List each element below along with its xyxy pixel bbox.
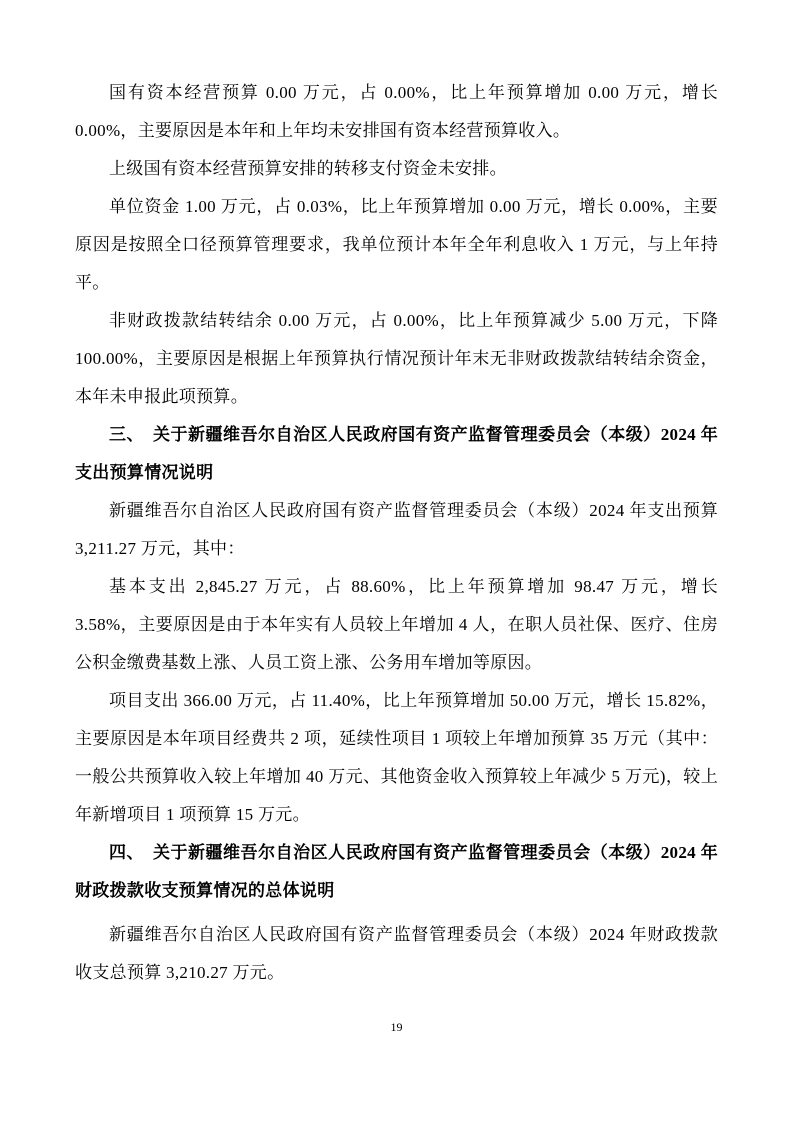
section-heading-3: 三、 关于新疆维吾尔自治区人民政府国有资产监督管理委员会（本级）2024 年支出… [75,416,718,492]
document-page: 国有资本经营预算 0.00 万元，占 0.00%，比上年预算增加 0.00 万元… [0,0,793,1122]
page-number: 19 [0,1020,793,1035]
paragraph: 国有资本经营预算 0.00 万元，占 0.00%，比上年预算增加 0.00 万元… [75,74,718,150]
paragraph: 新疆维吾尔自治区人民政府国有资产监督管理委员会（本级）2024 年财政拨款收支总… [75,916,718,992]
paragraph: 基本支出 2,845.27 万元，占 88.60%，比上年预算增加 98.47 … [75,568,718,682]
paragraph: 新疆维吾尔自治区人民政府国有资产监督管理委员会（本级）2024 年支出预算 3,… [75,492,718,568]
paragraph: 单位资金 1.00 万元，占 0.03%，比上年预算增加 0.00 万元，增长 … [75,188,718,302]
paragraph: 项目支出 366.00 万元，占 11.40%，比上年预算增加 50.00 万元… [75,682,718,834]
paragraph: 上级国有资本经营预算安排的转移支付资金未安排。 [75,150,718,188]
paragraph: 非财政拨款结转结余 0.00 万元，占 0.00%，比上年预算减少 5.00 万… [75,302,718,416]
section-heading-4: 四、 关于新疆维吾尔自治区人民政府国有资产监督管理委员会（本级）2024 年财政… [75,834,718,910]
document-content: 国有资本经营预算 0.00 万元，占 0.00%，比上年预算增加 0.00 万元… [75,74,718,992]
